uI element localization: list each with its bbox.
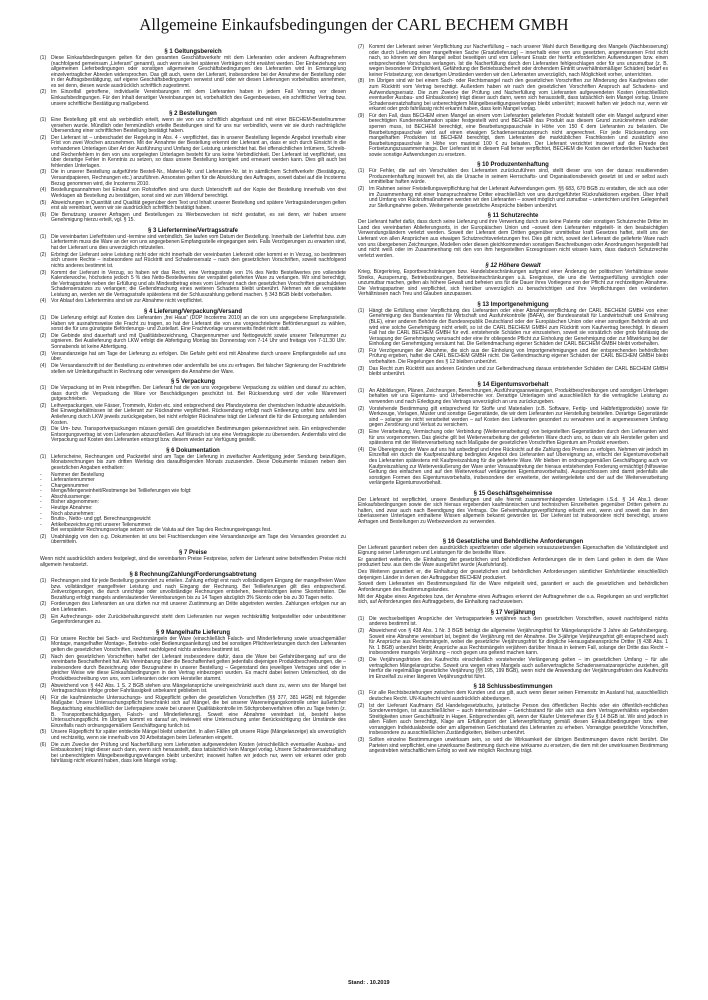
clause: (3)Eine Verarbeitung, Vermischung oder V… (358, 430, 668, 447)
clause-number: (1) (40, 386, 51, 403)
clause-number: (4) (40, 696, 51, 729)
clause-text: Unabhängig von den o.g. Dokumenten ist u… (51, 535, 346, 546)
section: (7)Kommt der Lieferant seiner Verpflicht… (358, 45, 668, 158)
note: Bei verspäteter Rechnungsvorlage setzen … (40, 528, 346, 534)
clause-number: (3) (40, 427, 51, 444)
clause-text: An Abbildungen, Plänen, Zeichnungen, Ber… (369, 389, 668, 406)
section: § 12 Höhere GewaltKrieg, Bürgerkrieg, Ex… (358, 262, 668, 298)
section: § 6 Dokumentation(1)Lieferscheine, Rechn… (40, 447, 346, 546)
section: § 5 Verpackung(1)Die Verpackung ist im P… (40, 378, 346, 444)
clause: (1)Die vereinbarten Lieferfristen und -t… (40, 235, 346, 252)
clause-text: Die Gebinde sind dauerhaft und mit Quali… (51, 334, 346, 351)
clause: (1)Eine Bestellung gilt erst als verbind… (40, 118, 346, 135)
clause-number: (1) (40, 118, 51, 135)
clause: (2)Die Gebinde sind dauerhaft und mit Qu… (40, 334, 346, 351)
right-column: (7)Kommt der Lieferant seiner Verpflicht… (358, 45, 668, 756)
clause-number: (6) (40, 213, 51, 224)
clause: (1)An Abbildungen, Plänen, Zeichnungen, … (358, 389, 668, 406)
clause-text: Erbringt der Lieferant seine Leistung ni… (51, 253, 346, 270)
clause: (2)Im Einzelfall getroffene, individuell… (40, 90, 346, 107)
clause-text: Die Verjährungsfristen des Kaufrechts ei… (369, 658, 668, 680)
clause: (2)Ist der Lieferant Kaufmann iSd Handel… (358, 704, 668, 737)
clause-text: Die Verpackung ist im Preis inbegriffen.… (51, 386, 346, 403)
clause-text: Für die kaufmännische Untersuchungs- und… (51, 696, 346, 729)
section: § 15 GeschäftsgeheimnisseDer Lieferant i… (358, 490, 668, 526)
section: § 7 PreiseWenn nicht ausdrücklich anders… (40, 549, 346, 568)
section-text: Soweit dem Lieferanten ein Bestimmungsla… (358, 582, 668, 593)
clause: (1)Für unsere Rechte bei Sach- und Recht… (40, 637, 346, 654)
clause-text: Vor Ablauf des Liefertermins sind wir zu… (51, 299, 346, 305)
clause: (1)Die wechselseitigen Ansprüche der Ver… (358, 617, 668, 628)
clause-number: (1) (40, 579, 51, 601)
clause: (4)Bestellungsannahmen bei Einkauf von R… (40, 188, 346, 199)
clause-number: (2) (40, 253, 51, 270)
section: § 4 Lieferung/Verpackung/Versand(1)Die L… (40, 308, 346, 375)
clause-text: Im Übrigen sind wir bei einem Sach- oder… (369, 79, 668, 112)
clause: (3)Die in unserer Bestellung aufgeführte… (40, 170, 346, 187)
clause: (5)Unsere Rügepflicht für später entdeck… (40, 730, 346, 741)
left-column: § 1 Geltungsbereich(1)Diese Einkaufsbedi… (40, 45, 346, 766)
clause: (3)Die Verjährungsfristen des Kaufrechts… (358, 658, 668, 680)
clause-number: (2) (358, 349, 369, 366)
clause-text: Versandanzeige hat am Tage der Lieferung… (51, 352, 346, 363)
section: § 1 Geltungsbereich(1)Diese Einkaufsbedi… (40, 48, 346, 107)
clause-number: (4) (358, 448, 369, 487)
clause: (2)Unabhängig von den o.g. Dokumenten is… (40, 535, 346, 546)
clause-text: Für Verzögerungen der Abnahme, die sich … (369, 349, 668, 366)
section-text: Er garantiert weiterhin, die Einhaltung … (358, 558, 668, 569)
clause: (7)Kommt der Lieferant seiner Verpflicht… (358, 45, 668, 78)
clause-number: (1) (358, 309, 369, 348)
clause: (1)Rechnungen sind für jede Bestellung g… (40, 579, 346, 601)
clause-text: Kommt der Lieferant seiner Verpflichtung… (369, 45, 668, 78)
clause-number: (1) (358, 691, 369, 702)
clause-text: Die Um- bzw. Transportverpackungen müsse… (51, 427, 346, 444)
clause: (2)Für Verzögerungen der Abnahme, die si… (358, 349, 668, 366)
section: § 14 Eigentumsvorbehalt(1)An Abbildungen… (358, 381, 668, 487)
clause-number: (2) (358, 407, 369, 429)
clause: (1)Lieferscheine, Rechnungen und Packzet… (40, 455, 346, 472)
section: § 9 Mangelhafte Lieferung(1)Für unsere R… (40, 629, 346, 765)
clause-number: (5) (40, 201, 51, 212)
section: § 18 Schlussbestimmungen(1)Für alle Rech… (358, 683, 668, 754)
clause-number: (9) (358, 114, 369, 158)
section: § 8 Rechnung/Zahlung/Forderungsabtretung… (40, 571, 346, 626)
clause-number: (6) (40, 743, 51, 765)
clause-number: (2) (40, 334, 51, 351)
clause-text: Lieferscheine, Rechnungen und Packzettel… (51, 455, 346, 472)
clause-text: Die Übereignung der Ware auf uns hat unb… (369, 448, 668, 487)
clause-number: (3) (40, 684, 51, 695)
clause-text: Eine Bestellung gilt erst als verbindlic… (51, 118, 346, 135)
clause-text: Hängt die Erfüllung einer Verpflichtung … (369, 309, 668, 348)
clause-text: Rechnungen sind für jede Bestellung geso… (51, 579, 346, 601)
clause-number: (8) (358, 79, 369, 112)
clause-number: (3) (40, 352, 51, 363)
clause: (1)Diese Einkaufsbedingungen gelten für … (40, 56, 346, 89)
clause-text: Die Versandanschrift ist der Bestellung … (51, 364, 346, 375)
clause-number: (4) (40, 188, 51, 199)
clause-text: Für den Fall, dass BECHEM einen Mangel a… (369, 114, 668, 158)
clause-number: (3) (358, 658, 369, 680)
clause-number: (2) (358, 704, 369, 737)
clause-text: Unsere Rügepflicht für später entdeckte … (51, 730, 346, 741)
clause-number: (2) (40, 404, 51, 426)
document-page: Allgemeine Einkaufsbedingungen der CARL … (0, 0, 708, 1000)
clause-text: Vorstehende Bestimmung gilt entsprechend… (369, 407, 668, 429)
clause-text: Die vereinbarten Lieferfristen und -term… (51, 235, 346, 252)
clause: (2)Nach den gesetzlichen Vorschriften ha… (40, 655, 346, 683)
clause-text: Ein Aufrechnungs- oder Zurückbehaltungsr… (51, 615, 346, 626)
clause: (6)Die zum Zwecke der Prüfung und Nacher… (40, 743, 346, 765)
clause-number: (3) (40, 170, 51, 187)
clause-number: (3) (40, 271, 51, 299)
clause: (1)Die Verpackung ist im Preis inbegriff… (40, 386, 346, 403)
section-text: Der Lieferant garantiert neben den ausdr… (358, 546, 668, 557)
clause: (4)Für die kaufmännische Untersuchungs- … (40, 696, 346, 729)
clause-text: Im Einzelfall getroffene, individuelle V… (51, 90, 346, 107)
clause-number: (1) (358, 169, 369, 186)
clause: (5)Abweichungen in Quantität und Qualitä… (40, 201, 346, 212)
document-title: Allgemeine Einkaufsbedingungen der CARL … (0, 15, 708, 35)
section: § 16 Gesetzliche und Behördliche Anforde… (358, 527, 668, 606)
clause: (8)Im Übrigen sind wir bei einem Sach- o… (358, 79, 668, 112)
clause-text: Abweichungen in Quantität und Qualität g… (51, 201, 346, 212)
clause-number: (3) (358, 738, 369, 755)
clause: (9)Für den Fall, dass BECHEM einen Mange… (358, 114, 668, 158)
clause-text: Die wechselseitigen Ansprüche der Vertra… (369, 617, 668, 628)
clause: (3)Kommt der Lieferant in Verzug, so hab… (40, 271, 346, 299)
clause: (1)Für alle Rechtsbeziehungen zwischen d… (358, 691, 668, 702)
clause-number: (2) (40, 90, 51, 107)
clause-number: (2) (40, 136, 51, 169)
clause-text: Ist der Lieferant Kaufmann iSd Handelsge… (369, 704, 668, 737)
clause-number: (3) (358, 367, 369, 378)
clause: (6)Die Benutzung unserer Anfragen und Be… (40, 213, 346, 224)
section: § 17 Verjährung(1)Die wechselseitigen An… (358, 609, 668, 680)
clause-text: Im Rahmen seiner Freistellungsverpflicht… (369, 187, 668, 209)
clause-text: Die in unserer Bestellung aufgeführte Be… (51, 170, 346, 187)
section-text: Krieg, Bürgerkrieg, Exportbeschränkungen… (358, 270, 668, 298)
clause-number: (1) (40, 455, 51, 472)
clause-text: Die Benutzung unserer Anfragen und Beste… (51, 213, 346, 224)
clause: (4)Vor Ablauf des Liefertermins sind wir… (40, 299, 346, 305)
clause-text: Der Lieferant ist – unbeschadet der Rege… (51, 136, 346, 169)
clause-text: Eine Verarbeitung, Vermischung oder Verb… (369, 430, 668, 447)
clause: (2)Forderungen des Lieferanten an uns dü… (40, 602, 346, 613)
clause-number: (2) (40, 535, 51, 546)
clause-number: (1) (40, 316, 51, 333)
clause-text: Für unsere Rechte bei Sach- und Rechtsmä… (51, 637, 346, 654)
clause: (2)Vorstehende Bestimmung gilt entsprech… (358, 407, 668, 429)
clause-number: (4) (40, 299, 51, 305)
clause: (2)Im Rahmen seiner Freistellungsverpfli… (358, 187, 668, 209)
clause: (2)Erbringt der Lieferant seine Leistung… (40, 253, 346, 270)
clause: (4)Die Übereignung der Ware auf uns hat … (358, 448, 668, 487)
clause: (3)Das Recht zum Rücktritt aus anderen G… (358, 367, 668, 378)
document-date: Stand: . 10.2019 (348, 980, 390, 986)
clause-number: (1) (358, 617, 369, 628)
clause-text: Für alle Rechtsbeziehungen zwischen dem … (369, 691, 668, 702)
note-text: Bei verspäteter Rechnungsvorlage setzen … (51, 528, 346, 534)
clause-text: Diese Einkaufsbedingungen gelten für den… (51, 56, 346, 89)
clause-text: Abweichend von § 438 Abs. 1 Nr. 3 BGB be… (369, 629, 668, 657)
section-text: Mit der Abgabe eines Angebotes bzw. der … (358, 595, 668, 606)
section: § 2 Bestellungen(1)Eine Bestellung gilt … (40, 110, 346, 224)
clause-number: (3) (358, 430, 369, 447)
clause-text: Nach den gesetzlichen Vorschriften hafte… (51, 655, 346, 683)
clause: (4)Die Versandanschrift ist der Bestellu… (40, 364, 346, 375)
clause: (3)Sollten einzelne Bestimmungen unwirks… (358, 738, 668, 755)
clause-number: (2) (40, 655, 51, 683)
section: § 11 SchutzrechteDer Lieferant haftet da… (358, 212, 668, 259)
clause-text: Leihverpackungen, wie Fässer, Trommeln, … (51, 404, 346, 426)
clause-number: (5) (40, 730, 51, 741)
clause: (2)Der Lieferant ist – unbeschadet der R… (40, 136, 346, 169)
section-text: Des Weiteren garantiert er, die Einhaltu… (358, 570, 668, 581)
clause-text: Die zum Zwecke der Prüfung und Nacherfül… (51, 743, 346, 765)
clause-number: (2) (40, 602, 51, 613)
clause: (2)Abweichend von § 438 Abs. 1 Nr. 3 BGB… (358, 629, 668, 657)
clause-number: (2) (358, 629, 369, 657)
section: § 10 Produzentenhaftung(1)Für Fehler, di… (358, 161, 668, 209)
clause-text: Die Lieferung erfolgt auf Kosten des Lie… (51, 316, 346, 333)
indent (40, 528, 51, 534)
clause-text: Für Fehler, die auf ein Verschulden des … (369, 169, 668, 186)
clause-number: (1) (358, 389, 369, 406)
section: § 3 Liefertermine/Vertragsstrafe(1)Die v… (40, 227, 346, 305)
section-text: Wenn nicht ausdrücklich anders festgeleg… (40, 557, 346, 568)
section-text: Der Lieferant ist verpflichtet, unsere B… (358, 498, 668, 526)
clause-text: Das Recht zum Rücktritt aus anderen Grün… (369, 367, 668, 378)
clause-text: Abweichend von § 442 Abs. 1 S. 2 BGB ste… (51, 684, 346, 695)
clause-number: (1) (40, 235, 51, 252)
clause-number: (1) (40, 637, 51, 654)
section: § 13 Importgenehmigung(1)Hängt die Erfül… (358, 301, 668, 378)
clause-text: Sollten einzelne Bestimmungen unwirksam … (369, 738, 668, 755)
clause-number: (4) (40, 364, 51, 375)
clause-number: (3) (40, 615, 51, 626)
clause: (1)Hängt die Erfüllung einer Verpflichtu… (358, 309, 668, 348)
clause-text: Forderungen des Lieferanten an uns dürfe… (51, 602, 346, 613)
clause: (3)Ein Aufrechnungs- oder Zurückbehaltun… (40, 615, 346, 626)
clause: (1)Für Fehler, die auf ein Verschulden d… (358, 169, 668, 186)
clause-number: (1) (40, 56, 51, 89)
clause: (3)Abweichend von § 442 Abs. 1 S. 2 BGB … (40, 684, 346, 695)
clause-text: Kommt der Lieferant in Verzug, so haben … (51, 271, 346, 299)
clause-number: (2) (358, 187, 369, 209)
clause-text: Bestellungsannahmen bei Einkauf von Rohs… (51, 188, 346, 199)
clause: (3)Versandanzeige hat am Tage der Liefer… (40, 352, 346, 363)
clause: (3)Die Um- bzw. Transportverpackungen mü… (40, 427, 346, 444)
clause-number: (7) (358, 45, 369, 78)
clause: (1)Die Lieferung erfolgt auf Kosten des … (40, 316, 346, 333)
section-text: Der Lieferant haftet dafür, dass durch s… (358, 220, 668, 259)
clause: (2)Leihverpackungen, wie Fässer, Trommel… (40, 404, 346, 426)
spacer (358, 527, 668, 535)
